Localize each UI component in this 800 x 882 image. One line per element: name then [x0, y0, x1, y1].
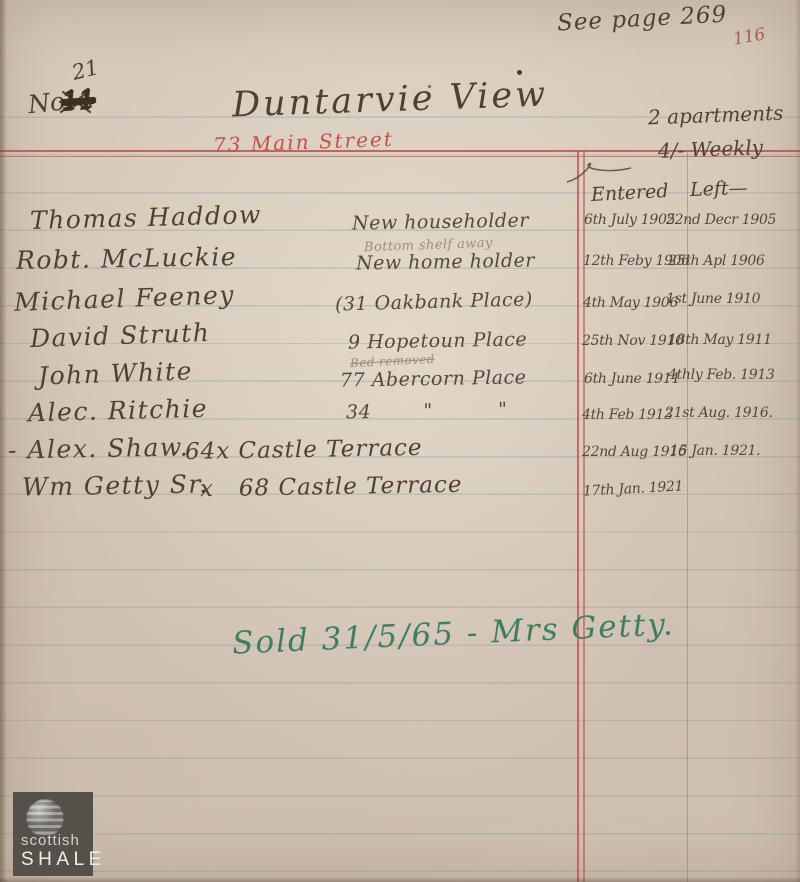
- page-number: 116: [732, 24, 767, 49]
- red-rule-vertical-1: [577, 150, 579, 882]
- entered-date: 6th July 1905: [584, 212, 675, 228]
- tenant-name: Thomas Haddow: [30, 200, 263, 235]
- tenant-name: Robt. McLuckie: [16, 242, 238, 275]
- entered-date: 17th Jan. 1921: [583, 478, 684, 499]
- tenant-detail: x 68 Castle Terrace: [200, 472, 463, 503]
- tenant-name: Wm Getty Sr.: [22, 469, 209, 501]
- tenant-name: Alec. Ritchie: [28, 394, 209, 428]
- tenant-detail: 34 " ": [346, 399, 508, 424]
- ink-speck: [428, 85, 431, 88]
- apartments-note: 2 apartments: [648, 101, 784, 130]
- left-date: 4thly Feb. 1913: [668, 367, 775, 383]
- tenant-name: - Alex. Shaw.: [8, 432, 190, 464]
- see-page-note: See page 269: [556, 2, 727, 37]
- record-number-new: 21: [69, 55, 101, 85]
- tenant-name: Michael Feeney: [14, 280, 236, 317]
- tenant-detail: New home holder: [356, 249, 535, 274]
- ink-speck: [517, 70, 522, 75]
- scribble-strokes-icon: [58, 86, 94, 118]
- watermark-text-shale: SHALE: [21, 849, 106, 871]
- tenant-detail: New householder: [352, 209, 529, 234]
- property-title: Duntarvie View: [231, 74, 548, 125]
- tenant-detail: (31 Oakbank Place): [335, 288, 533, 315]
- scottish-shale-watermark: scottish SHALE: [13, 792, 93, 876]
- left-date: 25th Apl 1906: [668, 253, 765, 269]
- tenant-detail: 64x Castle Terrace: [185, 435, 423, 465]
- weekly-rent: 4/- Weekly: [658, 135, 764, 163]
- column-header-entered: Entered: [590, 180, 669, 206]
- scan-edge-left: [0, 0, 7, 882]
- entered-date: 6th June 1911: [584, 371, 680, 387]
- watermark-text-scottish: scottish: [21, 832, 80, 849]
- sold-annotation: Sold 31/5/65 - Mrs Getty.: [231, 606, 675, 661]
- tenant-name: John White: [38, 356, 194, 390]
- left-date: 22nd Decr 1905: [666, 212, 776, 228]
- left-date: 18th May 1911: [668, 332, 772, 348]
- entered-date: 4th Feb 1913: [582, 407, 673, 423]
- column-header-left: Left—: [690, 177, 748, 201]
- left-date: 21st Aug. 1916.: [665, 405, 773, 421]
- left-date: 1st June 1910: [666, 291, 760, 307]
- tenant-name: David Struth: [30, 318, 211, 353]
- scan-edge-right: [795, 0, 800, 882]
- tenant-detail: 9 Hopetoun Place: [348, 328, 528, 353]
- tenant-detail: 77 Abercorn Place: [340, 366, 527, 391]
- ledger-page: See page 269 116 No. 11 21 Duntarvie Vie…: [0, 0, 800, 882]
- left-date: 15 Jan. 1921.: [670, 443, 760, 459]
- entered-date: 4th May 1906: [583, 295, 678, 311]
- street-address: 73 Main Street: [213, 127, 395, 157]
- scan-edge-bottom: [0, 877, 800, 882]
